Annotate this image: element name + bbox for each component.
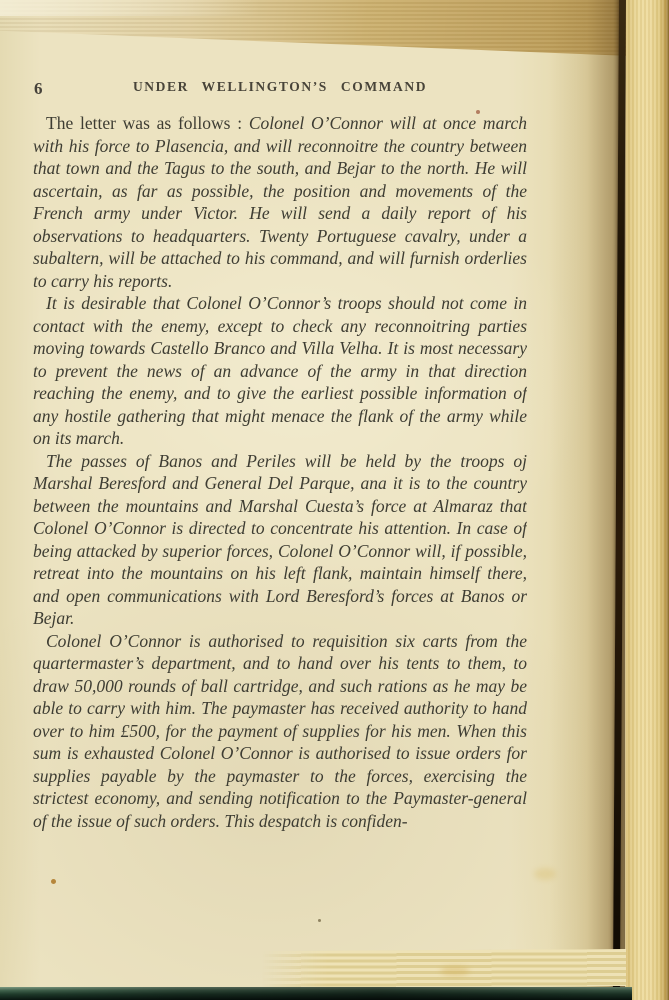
top-left-highlight: [0, 0, 260, 16]
paper-speck: [476, 110, 480, 114]
paragraph-lead-roman: The letter was as follows :: [46, 113, 249, 133]
book-page-scan: 6 UNDER WELLINGTON’S COMMAND The letter …: [0, 0, 669, 1000]
paper-speck: [318, 919, 321, 922]
running-header-title: UNDER WELLINGTON’S COMMAND: [33, 79, 527, 95]
paragraph-italic-text: Colonel O’Connor will at once march with…: [33, 113, 527, 291]
paper-stain: [534, 868, 556, 880]
paper-stain: [440, 966, 470, 976]
paper-speck: [51, 879, 56, 884]
page-number: 6: [34, 79, 43, 99]
letter-paragraph: It is desirable that Colonel O’Connor’s …: [33, 292, 527, 450]
book-cover-band: [0, 987, 632, 1000]
next-page-fore-edge: [626, 0, 669, 1000]
letter-paragraph: The passes of Banos and Periles will be …: [33, 450, 527, 630]
letter-text-block: The letter was as follows : Colonel O’Co…: [33, 112, 527, 864]
running-header: 6 UNDER WELLINGTON’S COMMAND: [33, 79, 527, 99]
letter-paragraph: Colonel O’Connor is authorised to requis…: [33, 630, 527, 833]
letter-paragraph: The letter was as follows : Colonel O’Co…: [33, 112, 527, 292]
